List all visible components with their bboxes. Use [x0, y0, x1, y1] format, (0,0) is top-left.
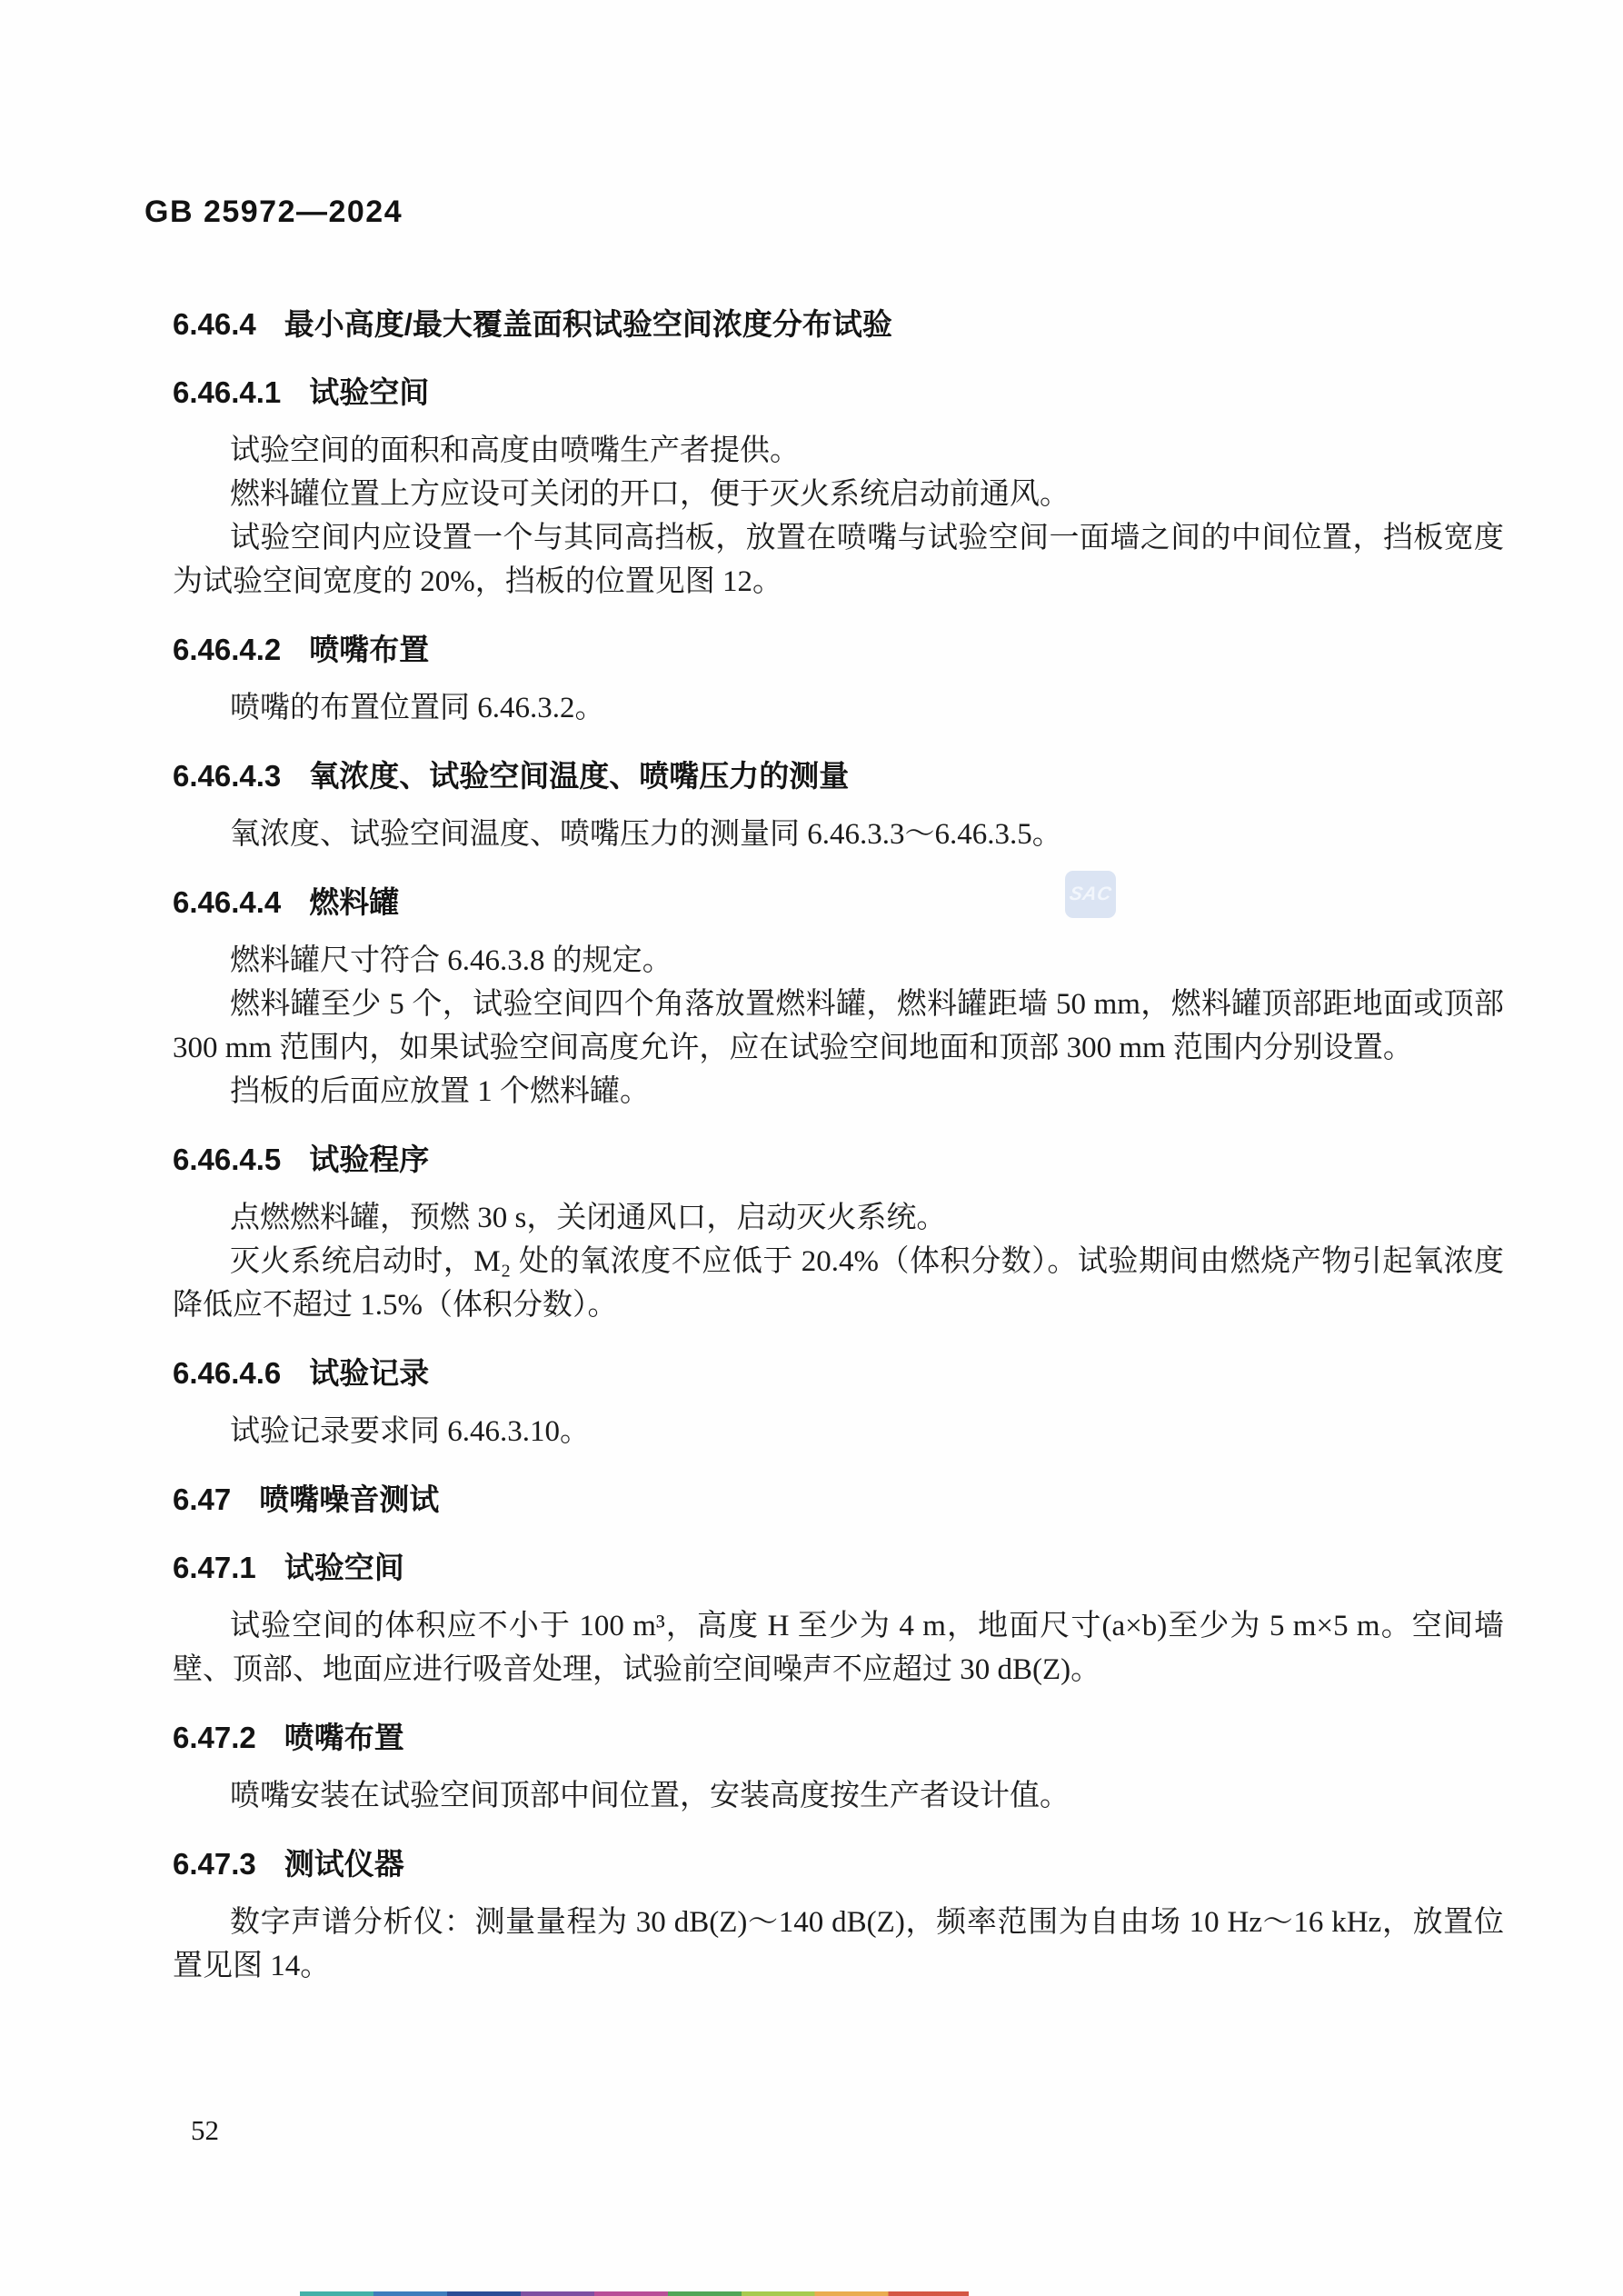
paragraph: 燃料罐尺寸符合 6.46.3.8 的规定。: [173, 939, 1504, 983]
section-title: 试验记录: [309, 1356, 429, 1390]
paragraph: 燃料罐位置上方应设可关闭的开口，便于灭火系统启动前通风。: [173, 473, 1504, 516]
standard-number-header: GB 25972—2024: [144, 195, 403, 230]
section-number: 6.46.4.5: [173, 1138, 281, 1182]
paragraph: 喷嘴安装在试验空间顶部中间位置，安装高度按生产者设计值。: [173, 1774, 1504, 1818]
section-number: 6.46.4.4: [173, 881, 281, 924]
paragraph: 氧浓度、试验空间温度、喷嘴压力的测量同 6.46.3.3～6.46.3.5。: [173, 813, 1504, 856]
paragraph: 试验空间的体积应不小于 100 m³，高度 H 至少为 4 m，地面尺寸(a×b…: [173, 1604, 1504, 1692]
section-heading-6-46-4-2: 6.46.4.2喷嘴布置: [173, 628, 1504, 672]
section-heading-6-46-4-1: 6.46.4.1试验空间: [173, 371, 1504, 414]
section-number: 6.47.2: [173, 1716, 256, 1760]
section-number: 6.47.1: [173, 1546, 256, 1590]
page-number: 52: [191, 2114, 219, 2147]
section-heading-6-47-2: 6.47.2喷嘴布置: [173, 1716, 1504, 1760]
section-title: 燃料罐: [309, 885, 399, 919]
paragraph: 数字声谱分析仪：测量量程为 30 dB(Z)～140 dB(Z)，频率范围为自由…: [173, 1901, 1504, 1988]
section-number: 6.47.3: [173, 1842, 256, 1886]
section-heading-6-47-1: 6.47.1试验空间: [173, 1546, 1504, 1590]
document-body: 6.46.4最小高度/最大覆盖面积试验空间浓度分布试验 6.46.4.1试验空间…: [173, 303, 1504, 1988]
sac-watermark-text: SAC: [1068, 883, 1113, 905]
section-heading-6-46-4-6: 6.46.4.6试验记录: [173, 1352, 1504, 1395]
paragraph: 灭火系统启动时，M₂ 处的氧浓度不应低于 20.4%（体积分数）。试验期间由燃烧…: [173, 1240, 1504, 1327]
section-title: 喷嘴噪音测试: [259, 1482, 439, 1516]
document-page: GB 25972—2024 6.46.4最小高度/最大覆盖面积试验空间浓度分布试…: [0, 0, 1623, 2296]
paragraph: 试验记录要求同 6.46.3.10。: [173, 1410, 1504, 1453]
section-number: 6.47: [173, 1478, 231, 1522]
section-title: 试验空间: [309, 375, 429, 409]
section-heading-6-46-4-4: 6.46.4.4燃料罐: [173, 881, 1504, 924]
section-number: 6.46.4.3: [173, 754, 281, 798]
section-title: 试验空间: [284, 1551, 404, 1584]
section-title: 喷嘴布置: [309, 633, 429, 666]
section-heading-6-46-4-3: 6.46.4.3氧浓度、试验空间温度、喷嘴压力的测量: [173, 754, 1504, 798]
section-heading-6-46-4-5: 6.46.4.5试验程序: [173, 1138, 1504, 1182]
section-title: 喷嘴布置: [284, 1721, 404, 1754]
paragraph: 点燃燃料罐，预燃 30 s，关闭通风口，启动灭火系统。: [173, 1196, 1504, 1240]
section-title: 氧浓度、试验空间温度、喷嘴压力的测量: [309, 759, 849, 793]
paragraph: 挡板的后面应放置 1 个燃料罐。: [173, 1070, 1504, 1113]
paragraph: 试验空间的面积和高度由喷嘴生产者提供。: [173, 429, 1504, 473]
section-number: 6.46.4.2: [173, 628, 281, 672]
scan-color-calibration-strip: [300, 2291, 969, 2296]
section-heading-6-47-3: 6.47.3测试仪器: [173, 1842, 1504, 1886]
sac-watermark: SAC: [1065, 871, 1116, 918]
paragraph: 燃料罐至少 5 个，试验空间四个角落放置燃料罐，燃料罐距墙 50 mm，燃料罐顶…: [173, 983, 1504, 1070]
paragraph: 喷嘴的布置位置同 6.46.3.2。: [173, 686, 1504, 730]
section-heading-6-47: 6.47喷嘴噪音测试: [173, 1478, 1504, 1522]
section-number: 6.46.4.1: [173, 371, 281, 414]
section-heading-6-46-4: 6.46.4最小高度/最大覆盖面积试验空间浓度分布试验: [173, 303, 1504, 346]
section-title: 测试仪器: [284, 1847, 404, 1881]
section-title: 最小高度/最大覆盖面积试验空间浓度分布试验: [284, 307, 892, 341]
paragraph: 试验空间内应设置一个与其同高挡板，放置在喷嘴与试验空间一面墙之间的中间位置，挡板…: [173, 516, 1504, 604]
section-number: 6.46.4: [173, 303, 256, 346]
section-number: 6.46.4.6: [173, 1352, 281, 1395]
section-title: 试验程序: [309, 1143, 429, 1176]
